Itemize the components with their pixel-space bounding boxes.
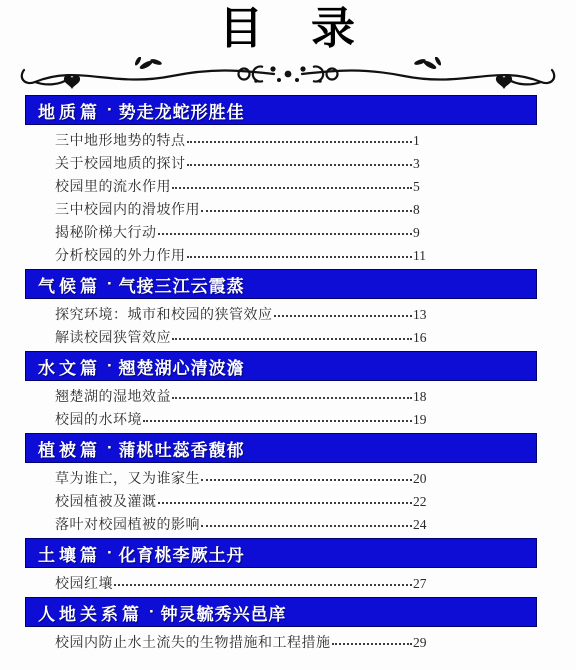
toc-entry[interactable]: 草为谁亡，又为谁家生20 — [55, 466, 427, 489]
header-separator: · — [107, 438, 113, 458]
dot-leader — [114, 584, 412, 586]
toc-entry-title: 解读校园狭管效应 — [55, 327, 171, 347]
section-subtitle: 钟灵毓秀兴邑庠 — [161, 600, 287, 625]
toc-entry[interactable]: 校园的水环境19 — [55, 407, 427, 430]
toc-entry-title: 探究环境：城市和校园的狭管效应 — [55, 304, 273, 324]
toc-entry[interactable]: 校园红壤27 — [55, 571, 427, 594]
page-number: 1 — [413, 133, 427, 149]
toc-entries: 校园红壤27 — [55, 571, 427, 594]
dot-leader — [172, 397, 412, 399]
section-name: 土壤篇 — [38, 541, 101, 566]
section-name: 地质篇 — [38, 98, 101, 123]
section-header: 土壤篇 · 化育桃李厥土丹 — [25, 538, 537, 568]
dot-leader — [187, 141, 413, 143]
toc-entry[interactable]: 关于校园地质的探讨3 — [55, 151, 427, 174]
header-separator: · — [107, 100, 113, 120]
page-number: 29 — [413, 635, 427, 651]
page-number: 13 — [413, 307, 427, 323]
toc-entry-title: 三中地形地势的特点 — [55, 130, 186, 150]
toc-entries: 草为谁亡，又为谁家生20 校园植被及灌溉22 落叶对校园植被的影响24 — [55, 466, 427, 535]
section-vegetation: 植被篇 · 蒲桃吐蕊香馥郁 草为谁亡，又为谁家生20 校园植被及灌溉22 落叶对… — [0, 433, 576, 535]
page-number: 8 — [413, 202, 427, 218]
page-number: 24 — [413, 517, 427, 533]
page-number: 5 — [413, 179, 427, 195]
section-name: 植被篇 — [38, 436, 101, 461]
toc-entry[interactable]: 校园内防止水土流失的生物措施和工程措施29 — [55, 630, 427, 653]
section-name: 水文篇 — [38, 354, 101, 379]
toc-entry-title: 翘楚湖的湿地效益 — [55, 386, 171, 406]
toc-entry[interactable]: 探究环境：城市和校园的狭管效应13 — [55, 302, 427, 325]
section-header: 地质篇 · 势走龙蛇形胜佳 — [25, 95, 537, 125]
toc-entry-title: 校园红壤 — [55, 573, 113, 593]
toc-entry-title: 分析校园的外力作用 — [55, 245, 186, 265]
page-number: 16 — [413, 330, 427, 346]
toc-entry[interactable]: 三中校园内的滑坡作用8 — [55, 197, 427, 220]
toc-entry[interactable]: 揭秘阶梯大行动9 — [55, 220, 427, 243]
header-separator: · — [107, 274, 113, 294]
header-separator: · — [107, 543, 113, 563]
dot-leader — [187, 164, 413, 166]
section-soil: 土壤篇 · 化育桃李厥土丹 校园红壤27 — [0, 538, 576, 594]
dot-leader — [143, 420, 412, 422]
toc-entry-title: 校园内防止水土流失的生物措施和工程措施 — [55, 632, 331, 652]
section-subtitle: 势走龙蛇形胜佳 — [119, 98, 245, 123]
toc-entries: 校园内防止水土流失的生物措施和工程措施29 — [55, 630, 427, 653]
toc-entry-title: 关于校园地质的探讨 — [55, 153, 186, 173]
page-number: 11 — [413, 248, 427, 264]
dot-leader — [201, 479, 412, 481]
section-name: 人地关系篇 — [38, 600, 143, 625]
header-separator: · — [149, 602, 155, 622]
toc-entry-title: 揭秘阶梯大行动 — [55, 222, 157, 242]
toc-entry-title: 落叶对校园植被的影响 — [55, 514, 200, 534]
dot-leader — [172, 338, 412, 340]
dot-leader — [201, 210, 412, 212]
page-number: 22 — [413, 494, 427, 510]
toc-entry[interactable]: 校园里的流水作用5 — [55, 174, 427, 197]
section-hydrology: 水文篇 · 翘楚湖心清波澹 翘楚湖的湿地效益18 校园的水环境19 — [0, 351, 576, 430]
section-geology: 地质篇 · 势走龙蛇形胜佳 三中地形地势的特点1 关于校园地质的探讨3 校园里的… — [0, 95, 576, 266]
toc-page: 目 录 — [0, 0, 576, 670]
section-subtitle: 气接三江云霞蒸 — [119, 272, 245, 297]
page-number: 3 — [413, 156, 427, 172]
page-number: 18 — [413, 389, 427, 405]
toc-entry[interactable]: 解读校园狭管效应16 — [55, 325, 427, 348]
toc-entry-title: 校园的水环境 — [55, 409, 142, 429]
toc-entries: 三中地形地势的特点1 关于校园地质的探讨3 校园里的流水作用5 三中校园内的滑坡… — [55, 128, 427, 266]
section-subtitle: 化育桃李厥土丹 — [119, 541, 245, 566]
dot-leader — [274, 315, 413, 317]
toc-entry[interactable]: 分析校园的外力作用11 — [55, 243, 427, 266]
toc-entry[interactable]: 翘楚湖的湿地效益18 — [55, 384, 427, 407]
toc-entry-title: 校园植被及灌溉 — [55, 491, 157, 511]
toc-entry-title: 校园里的流水作用 — [55, 176, 171, 196]
dot-leader — [158, 233, 413, 235]
toc-entry-title: 三中校园内的滑坡作用 — [55, 199, 200, 219]
section-header: 植被篇 · 蒲桃吐蕊香馥郁 — [25, 433, 537, 463]
page-number: 9 — [413, 225, 427, 241]
section-subtitle: 翘楚湖心清波澹 — [119, 354, 245, 379]
ornament-divider — [0, 56, 576, 92]
toc-entry[interactable]: 落叶对校园植被的影响24 — [55, 512, 427, 535]
dot-leader — [172, 187, 412, 189]
dot-leader — [187, 256, 413, 258]
section-header: 气候篇 · 气接三江云霞蒸 — [25, 269, 537, 299]
dot-leader — [158, 502, 413, 504]
dot-leader — [201, 525, 412, 527]
ornament-divider-icon — [16, 57, 560, 91]
page-title: 目 录 — [0, 2, 576, 56]
toc-entries: 探究环境：城市和校园的狭管效应13 解读校园狭管效应16 — [55, 302, 427, 348]
section-subtitle: 蒲桃吐蕊香馥郁 — [119, 436, 245, 461]
section-human-geo: 人地关系篇 · 钟灵毓秀兴邑庠 校园内防止水土流失的生物措施和工程措施29 — [0, 597, 576, 653]
toc-entry-title: 草为谁亡，又为谁家生 — [55, 468, 200, 488]
section-name: 气候篇 — [38, 272, 101, 297]
section-climate: 气候篇 · 气接三江云霞蒸 探究环境：城市和校园的狭管效应13 解读校园狭管效应… — [0, 269, 576, 348]
toc-entry[interactable]: 三中地形地势的特点1 — [55, 128, 427, 151]
page-number: 20 — [413, 471, 427, 487]
section-header: 人地关系篇 · 钟灵毓秀兴邑庠 — [25, 597, 537, 627]
page-number: 19 — [413, 412, 427, 428]
section-header: 水文篇 · 翘楚湖心清波澹 — [25, 351, 537, 381]
toc-entry[interactable]: 校园植被及灌溉22 — [55, 489, 427, 512]
page-number: 27 — [413, 576, 427, 592]
dot-leader — [332, 643, 413, 645]
toc-entries: 翘楚湖的湿地效益18 校园的水环境19 — [55, 384, 427, 430]
header-separator: · — [107, 356, 113, 376]
